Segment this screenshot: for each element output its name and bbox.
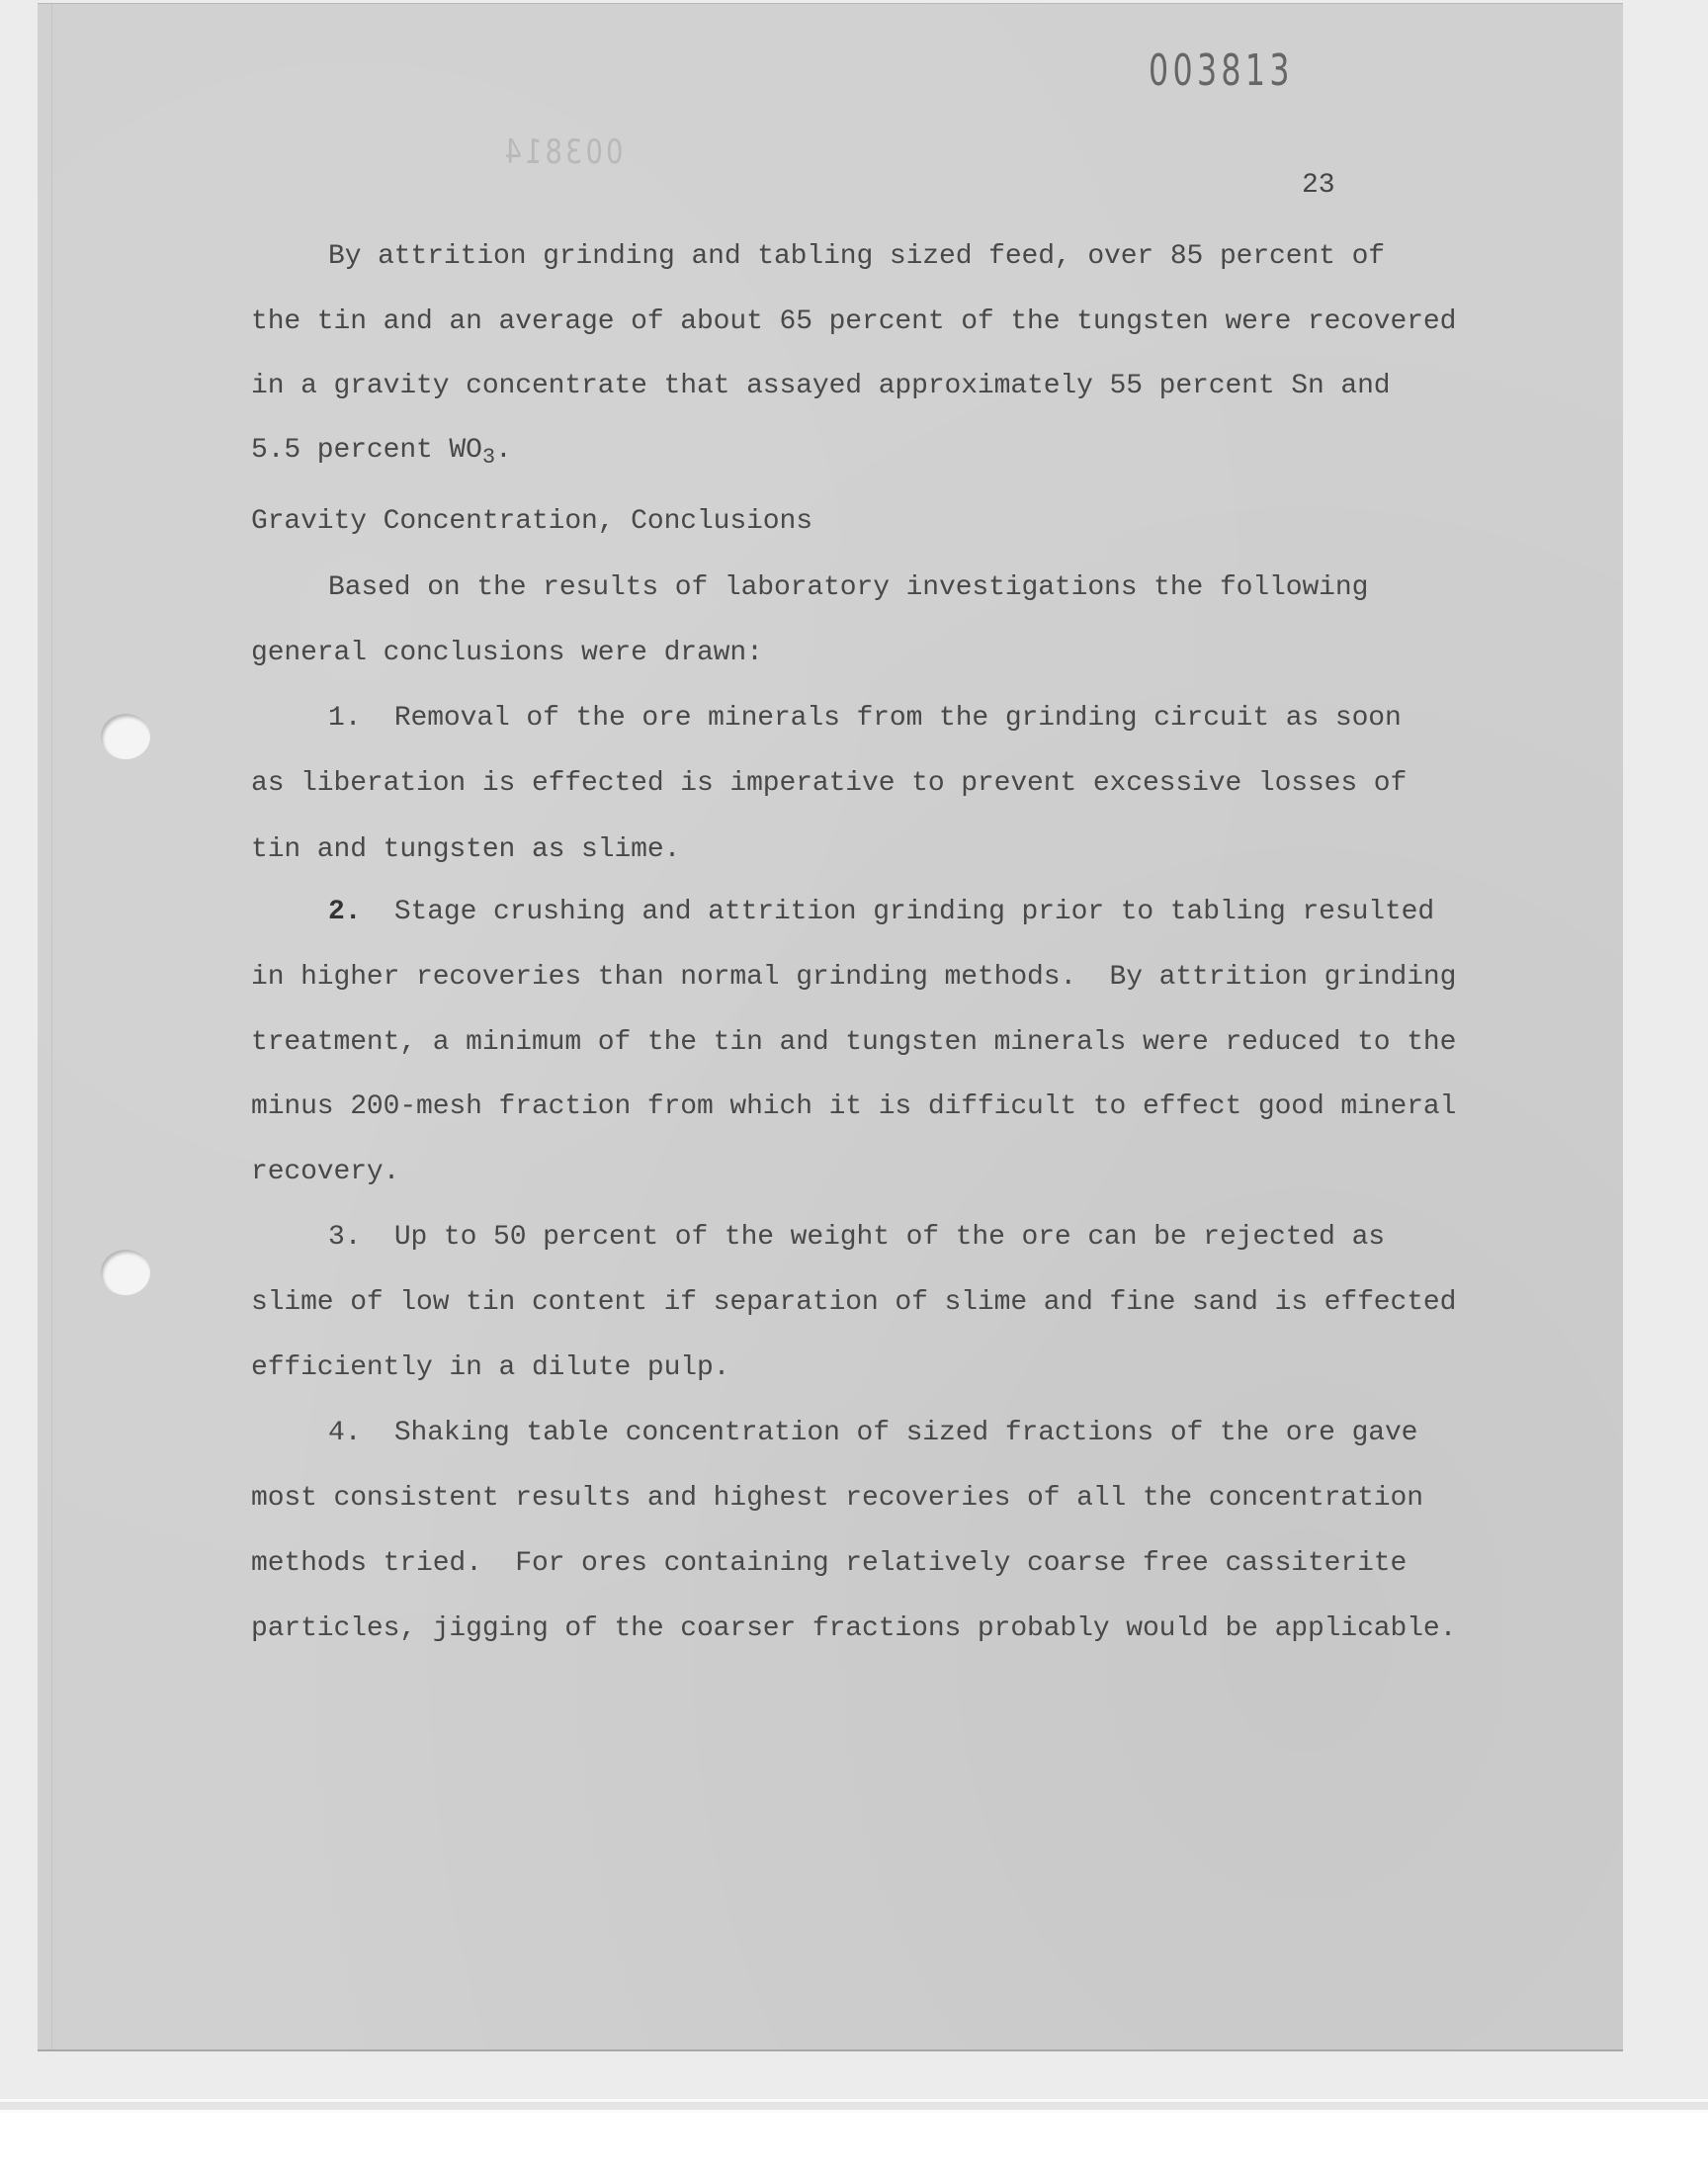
- punch-hole-top: [101, 714, 150, 759]
- conclusion-3-line-2: slime of low tin content if separation o…: [251, 1286, 1456, 1320]
- intro-line-2: the tin and an average of about 65 perce…: [251, 305, 1456, 339]
- conclusion-2-line-2: in higher recoveries than normal grindin…: [251, 961, 1456, 995]
- conclusion-4-line-4: particles, jigging of the coarser fracti…: [251, 1612, 1456, 1646]
- scanner-artifact-line: [0, 2110, 1708, 2113]
- chem-subscript: 3: [482, 445, 495, 470]
- conclusion-2-number: 2.: [328, 897, 361, 927]
- conclusion-3-number: 3.: [328, 1222, 361, 1253]
- conclusion-4-line-1: 4. Shaking table concentration of sized …: [328, 1417, 1417, 1450]
- intro-line-4: 5.5 percent WO3.: [251, 434, 512, 475]
- conclusion-2-line-3: treatment, a minimum of the tin and tung…: [251, 1026, 1456, 1060]
- intro-line-1: By attrition grinding and tabling sized …: [328, 240, 1385, 274]
- page-number: 23: [1302, 170, 1335, 201]
- conclusion-1-line-1: 1. Removal of the ore minerals from the …: [328, 702, 1402, 736]
- conclusion-1-line-3: tin and tungsten as slime.: [251, 833, 680, 867]
- intro-line-4-text: 5.5 percent WO: [251, 435, 482, 466]
- conclusion-3-text: Up to 50 percent of the weight of the or…: [394, 1222, 1385, 1253]
- conclusion-3-line-1: 3. Up to 50 percent of the weight of the…: [328, 1221, 1385, 1255]
- conclusion-3-line-3: efficiently in a dilute pulp.: [251, 1351, 729, 1385]
- conclusion-2-line-5: recovery.: [251, 1156, 399, 1189]
- conclusion-1-line-2: as liberation is effected is imperative …: [251, 767, 1407, 801]
- conclusion-4-line-2: most consistent results and highest reco…: [251, 1482, 1423, 1516]
- punch-hole-bottom: [101, 1250, 150, 1295]
- lead-line-2: general conclusions were drawn:: [251, 637, 763, 670]
- conclusion-4-line-3: methods tried. For ores containing relat…: [251, 1547, 1407, 1581]
- intro-line-3: in a gravity concentrate that assayed ap…: [251, 370, 1391, 403]
- conclusion-2-line-4: minus 200-mesh fraction from which it is…: [251, 1090, 1456, 1124]
- section-heading: Gravity Concentration, Conclusions: [251, 505, 812, 539]
- conclusion-4-text: Shaking table concentration of sized fra…: [394, 1418, 1418, 1448]
- lead-line-1: Based on the results of laboratory inves…: [328, 571, 1368, 605]
- conclusion-2-line-1: 2. Stage crushing and attrition grinding…: [328, 896, 1434, 929]
- conclusion-4-number: 4.: [328, 1418, 361, 1448]
- bleed-through-stamp: 003814: [501, 132, 623, 172]
- document-stamp-number: 003813: [1149, 45, 1294, 96]
- scanner-artifact-band: [0, 2102, 1708, 2110]
- intro-line-4-period: .: [495, 435, 512, 466]
- conclusion-2-text: Stage crushing and attrition grinding pr…: [394, 897, 1434, 927]
- conclusion-1-number: 1.: [328, 703, 361, 734]
- conclusion-1-text: Removal of the ore minerals from the gri…: [394, 703, 1402, 734]
